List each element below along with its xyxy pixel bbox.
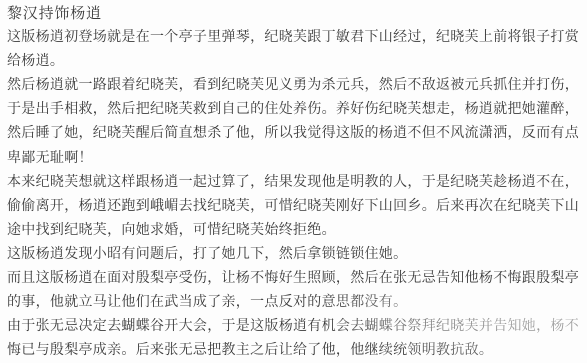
text-line: 由于张无忌决定去蝴蝶谷开大会，于是这版杨逍有机会去蝴蝶谷祭拜纪晓芙并告知她，杨不 [7,314,578,338]
text-line: 而且这版杨逍在面对殷梨亭受伤，让杨不悔好生照顾，然后在张无忌告知他杨不悔跟殷梨亭 [7,266,578,290]
text-line: 给杨逍。 [7,49,578,73]
text-line: 于是出手相救，然后把纪晓芙救到自己的住处养伤。养好伤纪晓芙想走，杨逍就把她灌醉， [7,97,578,121]
text-line: 这版杨逍发现小昭有问题后，打了她几下，然后拿锁链锁住她。 [7,242,578,266]
text-line: 这版杨逍初登场就是在一个亭子里弹琴，纪晓芙跟丁敏君下山经过，纪晓芙上前将银子打赏 [7,25,578,49]
title-line: 黎汉持饰杨逍 [7,1,578,25]
text-line: 的事，他就立马让他们在武当成了亲，一点反对的意思都没有。 [7,290,578,314]
text-line: 途中找到纪晓芙，向她求婚，可惜纪晓芙始终拒绝。 [7,218,578,242]
text-line: 偷偷离开，杨逍还跑到峨嵋去找纪晓芙，可惜纪晓芙刚好下山回乡。后来再次在纪晓芙下山 [7,194,578,218]
article-text-page: 黎汉持饰杨逍 这版杨逍初登场就是在一个亭子里弹琴，纪晓芙跟丁敏君下山经过，纪晓芙… [0,0,587,363]
text-line: 本来纪晓芙想就这样跟杨逍一起过算了，结果发现他是明教的人，于是纪晓芙趁杨逍不在， [7,170,578,194]
text-line: 卑鄙无耻啊！ [7,146,578,170]
text-line: 然后杨逍就一路跟着纪晓芙，看到纪晓芙见义勇为杀元兵，然后不敌返被元兵抓住并打伤， [7,73,578,97]
text-line: 悔已与殷梨亭成亲。后来张无忌把教主之后让给了他，他继续统领明教抗敌。 [7,338,578,362]
text-line: 然后睡了她，纪晓芙醒后简直想杀了他，所以我觉得这版的杨逍不但不风流潇洒，反而有点 [7,121,578,145]
